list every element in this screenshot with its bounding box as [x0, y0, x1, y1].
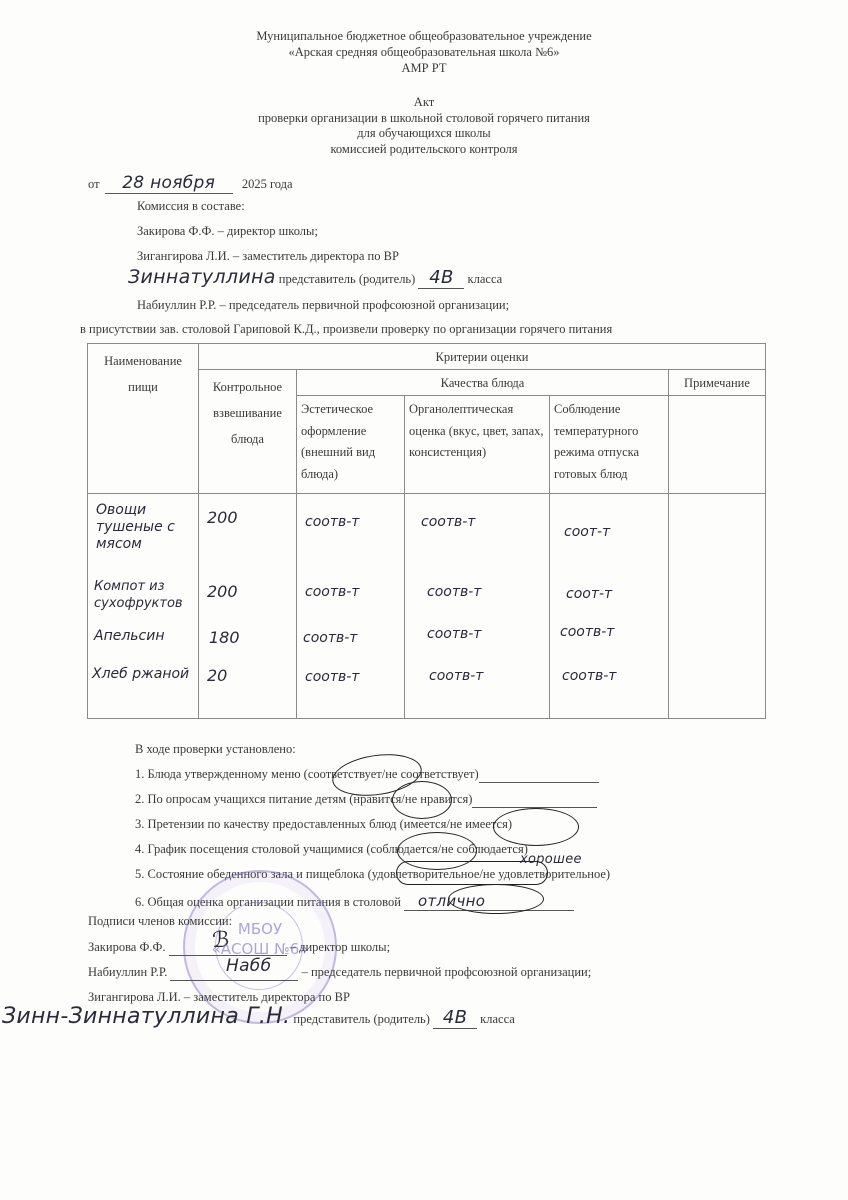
commission-member-union: Набиуллин Р.Р. – председатель первичной …	[137, 298, 509, 313]
commission-member-parent: Зиннатуллина представитель (родитель) 4В…	[128, 266, 502, 289]
header-food-name: Наименование пищи	[88, 344, 199, 494]
finding-4-prefix: 4. График посещения столовой учащимися (	[135, 842, 371, 856]
parent-signature-class: 4В	[433, 1007, 477, 1029]
findings-heading: В ходе проверки установлено:	[135, 742, 296, 757]
criteria-table: Наименование пищи Критерии оценки Контро…	[87, 343, 766, 719]
presence-note: в присутствии зав. столовой Гариповой К.…	[80, 322, 612, 337]
header-criteria: Критерии оценки	[199, 344, 766, 370]
signatures-heading: Подписи членов комиссии:	[88, 914, 232, 929]
title-line-1: Акт	[0, 95, 848, 111]
finding-1-blank	[479, 767, 599, 783]
date-handwritten: 28 ноября	[105, 173, 233, 194]
commission-heading: Комиссия в составе:	[137, 199, 245, 214]
school-header: Муниципальное бюджетное общеобразователь…	[0, 28, 848, 76]
finding-2-prefix: 2. По опросам учащихся питание детям (	[135, 792, 353, 806]
weights-cell: 200 200 180 20	[199, 494, 297, 719]
date-prefix: от	[88, 177, 100, 191]
weight-row-2: 200	[207, 582, 238, 601]
food-name-row-3: Апельсин	[94, 628, 165, 644]
header-organoleptic: Органолептическая оценка (вкус, цвет, за…	[405, 396, 550, 494]
act-date: от 28 ноября 2025 года	[88, 173, 293, 194]
finding-3-prefix: 3. Претензии по качеству предоставленных…	[135, 817, 404, 831]
weight-row-4: 20	[207, 666, 227, 685]
finding-6-selection-circle	[448, 884, 544, 914]
header-quality: Качества блюда	[297, 370, 669, 396]
signature-director: Закирова Ф.Ф. – директор школы;	[88, 940, 390, 956]
signature-union: Набиуллин Р.Р. – председатель первичной …	[88, 965, 591, 981]
parent-class-handwritten: 4В	[418, 267, 464, 289]
note-cell	[669, 494, 766, 719]
commission-member-deputy: Зигангирова Л.И. – заместитель директора…	[137, 249, 399, 264]
header-note-empty	[669, 396, 766, 494]
temperature-row-1: соот-т	[564, 524, 610, 540]
finding-3-selection-circle	[493, 808, 579, 846]
temperature-row-4: соотв-т	[562, 668, 616, 684]
temperature-cell: соот-т соот-т соотв-т соотв-т	[550, 494, 669, 719]
food-name-row-1: Овощи тушеные с мясом	[96, 502, 196, 553]
title-line-4: комиссией родительского контроля	[0, 142, 848, 158]
header-temperature: Соблюдение температурного режима отпуска…	[550, 396, 669, 494]
signature-parent: Зинн-Зиннатуллина Г.Н. представитель (ро…	[2, 1004, 515, 1029]
organoleptic-cell: соотв-т соотв-т соотв-т соотв-т	[405, 494, 550, 719]
director-name: Закирова Ф.Ф.	[88, 940, 165, 954]
header-weighing: Контрольное взвешивание блюда	[199, 370, 297, 494]
finding-3-option-a: имеется	[404, 817, 447, 831]
header-line-3: АМР РТ	[0, 60, 848, 76]
parent-signature-role: представитель (родитель)	[293, 1012, 430, 1026]
parent-name-handwritten: Зиннатуллина	[128, 266, 276, 288]
date-suffix: 2025 года	[242, 177, 293, 191]
weight-row-3: 180	[209, 628, 240, 647]
parent-signature: Зинн-Зиннатуллина Г.Н.	[2, 1004, 290, 1029]
temperature-row-2: соот-т	[566, 586, 612, 602]
finding-2-blank	[472, 792, 597, 808]
parent-role: представитель (родитель)	[279, 272, 416, 286]
finding-2: 2. По опросам учащихся питание детям (нр…	[135, 792, 597, 808]
aesthetic-row-1: соотв-т	[305, 514, 359, 530]
food-names-cell: Овощи тушеные с мясом Компот из сухофрук…	[88, 494, 199, 719]
title-line-2: проверки организации в школьной столовой…	[0, 111, 848, 127]
organoleptic-row-3: соотв-т	[427, 626, 481, 642]
header-line-2: «Арская средняя общеобразовательная школ…	[0, 44, 848, 60]
finding-5-selection-circle	[396, 861, 548, 885]
header-aesthetic: Эстетическое оформление (внешний вид блю…	[297, 396, 405, 494]
header-line-1: Муниципальное бюджетное общеобразователь…	[0, 28, 848, 44]
signature-deputy: Зигангирова Л.И. – заместитель директора…	[88, 990, 350, 1005]
finding-5-suffix: )	[606, 867, 610, 881]
commission-member-director: Закирова Ф.Ф. – директор школы;	[137, 224, 318, 239]
parent-signature-class-suffix: класса	[480, 1012, 515, 1026]
title-line-3: для обучающихся школы	[0, 126, 848, 142]
document-title: Акт проверки организации в школьной стол…	[0, 95, 848, 157]
finding-1-prefix: 1. Блюда утвержденному меню (	[135, 767, 308, 781]
organoleptic-row-2: соотв-т	[427, 584, 481, 600]
header-note: Примечание	[669, 370, 766, 396]
aesthetic-row-4: соотв-т	[305, 669, 359, 685]
food-name-row-4: Хлеб ржаной	[92, 666, 189, 682]
organoleptic-row-1: соотв-т	[421, 514, 475, 530]
organoleptic-row-4: соотв-т	[429, 668, 483, 684]
union-role: – председатель первичной профсоюзной орг…	[302, 965, 592, 979]
finding-3: 3. Претензии по качеству предоставленных…	[135, 817, 512, 832]
aesthetic-cell: соотв-т соотв-т соотв-т соотв-т	[297, 494, 405, 719]
parent-class-suffix: класса	[468, 272, 503, 286]
director-signature: ℬ	[212, 928, 230, 953]
food-name-row-2: Компот из сухофруктов	[94, 578, 198, 612]
finding-2-selection-circle	[392, 781, 452, 819]
aesthetic-row-2: соотв-т	[305, 584, 359, 600]
union-name: Набиуллин Р.Р.	[88, 965, 167, 979]
temperature-row-3: соотв-т	[560, 624, 614, 640]
aesthetic-row-3: соотв-т	[303, 630, 357, 646]
director-role: – директор школы;	[290, 940, 390, 954]
weight-row-1: 200	[207, 508, 238, 527]
union-signature: Набб	[226, 956, 271, 976]
